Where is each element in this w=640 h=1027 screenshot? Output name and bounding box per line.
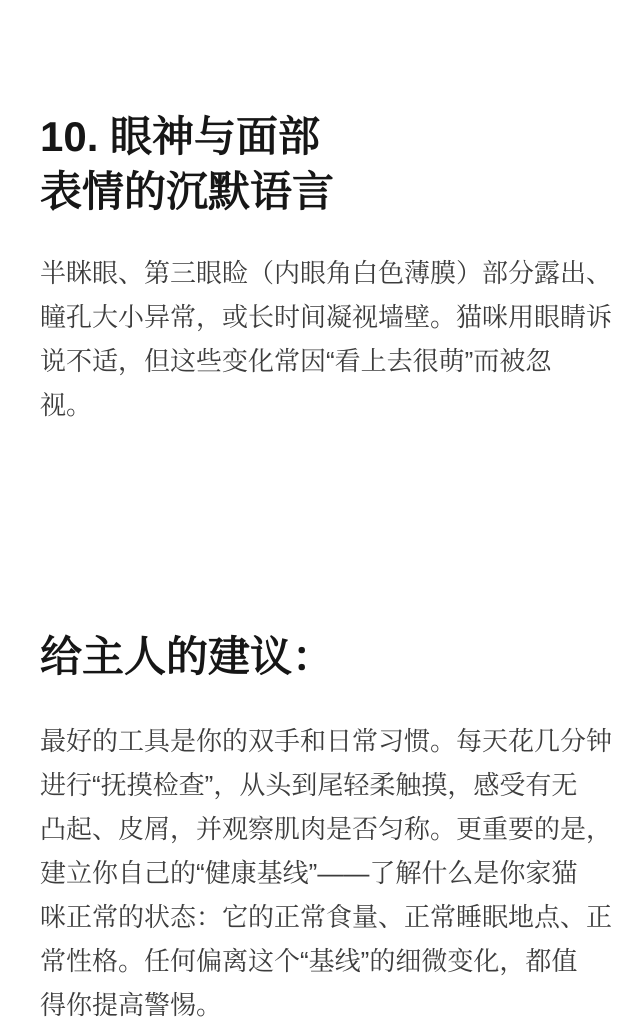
text-line: 得你提高警惕。: [40, 983, 614, 1027]
section-heading: 10. 眼神与面部表情的沉默语言: [40, 0, 614, 219]
advice-heading: 给主人的建议：: [40, 629, 614, 684]
text-line: 进行“抚摸检查”，从头到尾轻柔触摸，感受有无: [40, 763, 614, 807]
text-line: 咪正常的状态：它的正常食量、正常睡眠地点、正: [40, 895, 614, 939]
paragraph-advice: 最好的工具是你的双手和日常习惯。每天花几分钟进行“抚摸检查”，从头到尾轻柔触摸，…: [40, 719, 614, 1027]
text-line: 10. 眼神与面部: [40, 109, 614, 164]
text-line: 常性格。任何偏离这个“基线”的细微变化，都值: [40, 939, 614, 983]
paragraph-eye-signals: 半眯眼、第三眼睑（内眼角白色薄膜）部分露出、瞳孔大小异常，或长时间凝视墙壁。猫咪…: [40, 251, 614, 427]
text-line: 视。: [40, 383, 614, 427]
article-page: 10. 眼神与面部表情的沉默语言 半眯眼、第三眼睑（内眼角白色薄膜）部分露出、瞳…: [0, 0, 640, 1027]
text-line: 凸起、皮屑，并观察肌肉是否匀称。更重要的是，: [40, 807, 614, 851]
text-line: 表情的沉默语言: [40, 164, 614, 219]
text-line: 最好的工具是你的双手和日常习惯。每天花几分钟: [40, 719, 614, 763]
text-line: 建立你自己的“健康基线”——了解什么是你家猫: [40, 851, 614, 895]
text-line: 说不适，但这些变化常因“看上去很萌”而被忽: [40, 339, 614, 383]
text-line: 半眯眼、第三眼睑（内眼角白色薄膜）部分露出、: [40, 251, 614, 295]
text-line: 瞳孔大小异常，或长时间凝视墙壁。猫咪用眼睛诉: [40, 295, 614, 339]
